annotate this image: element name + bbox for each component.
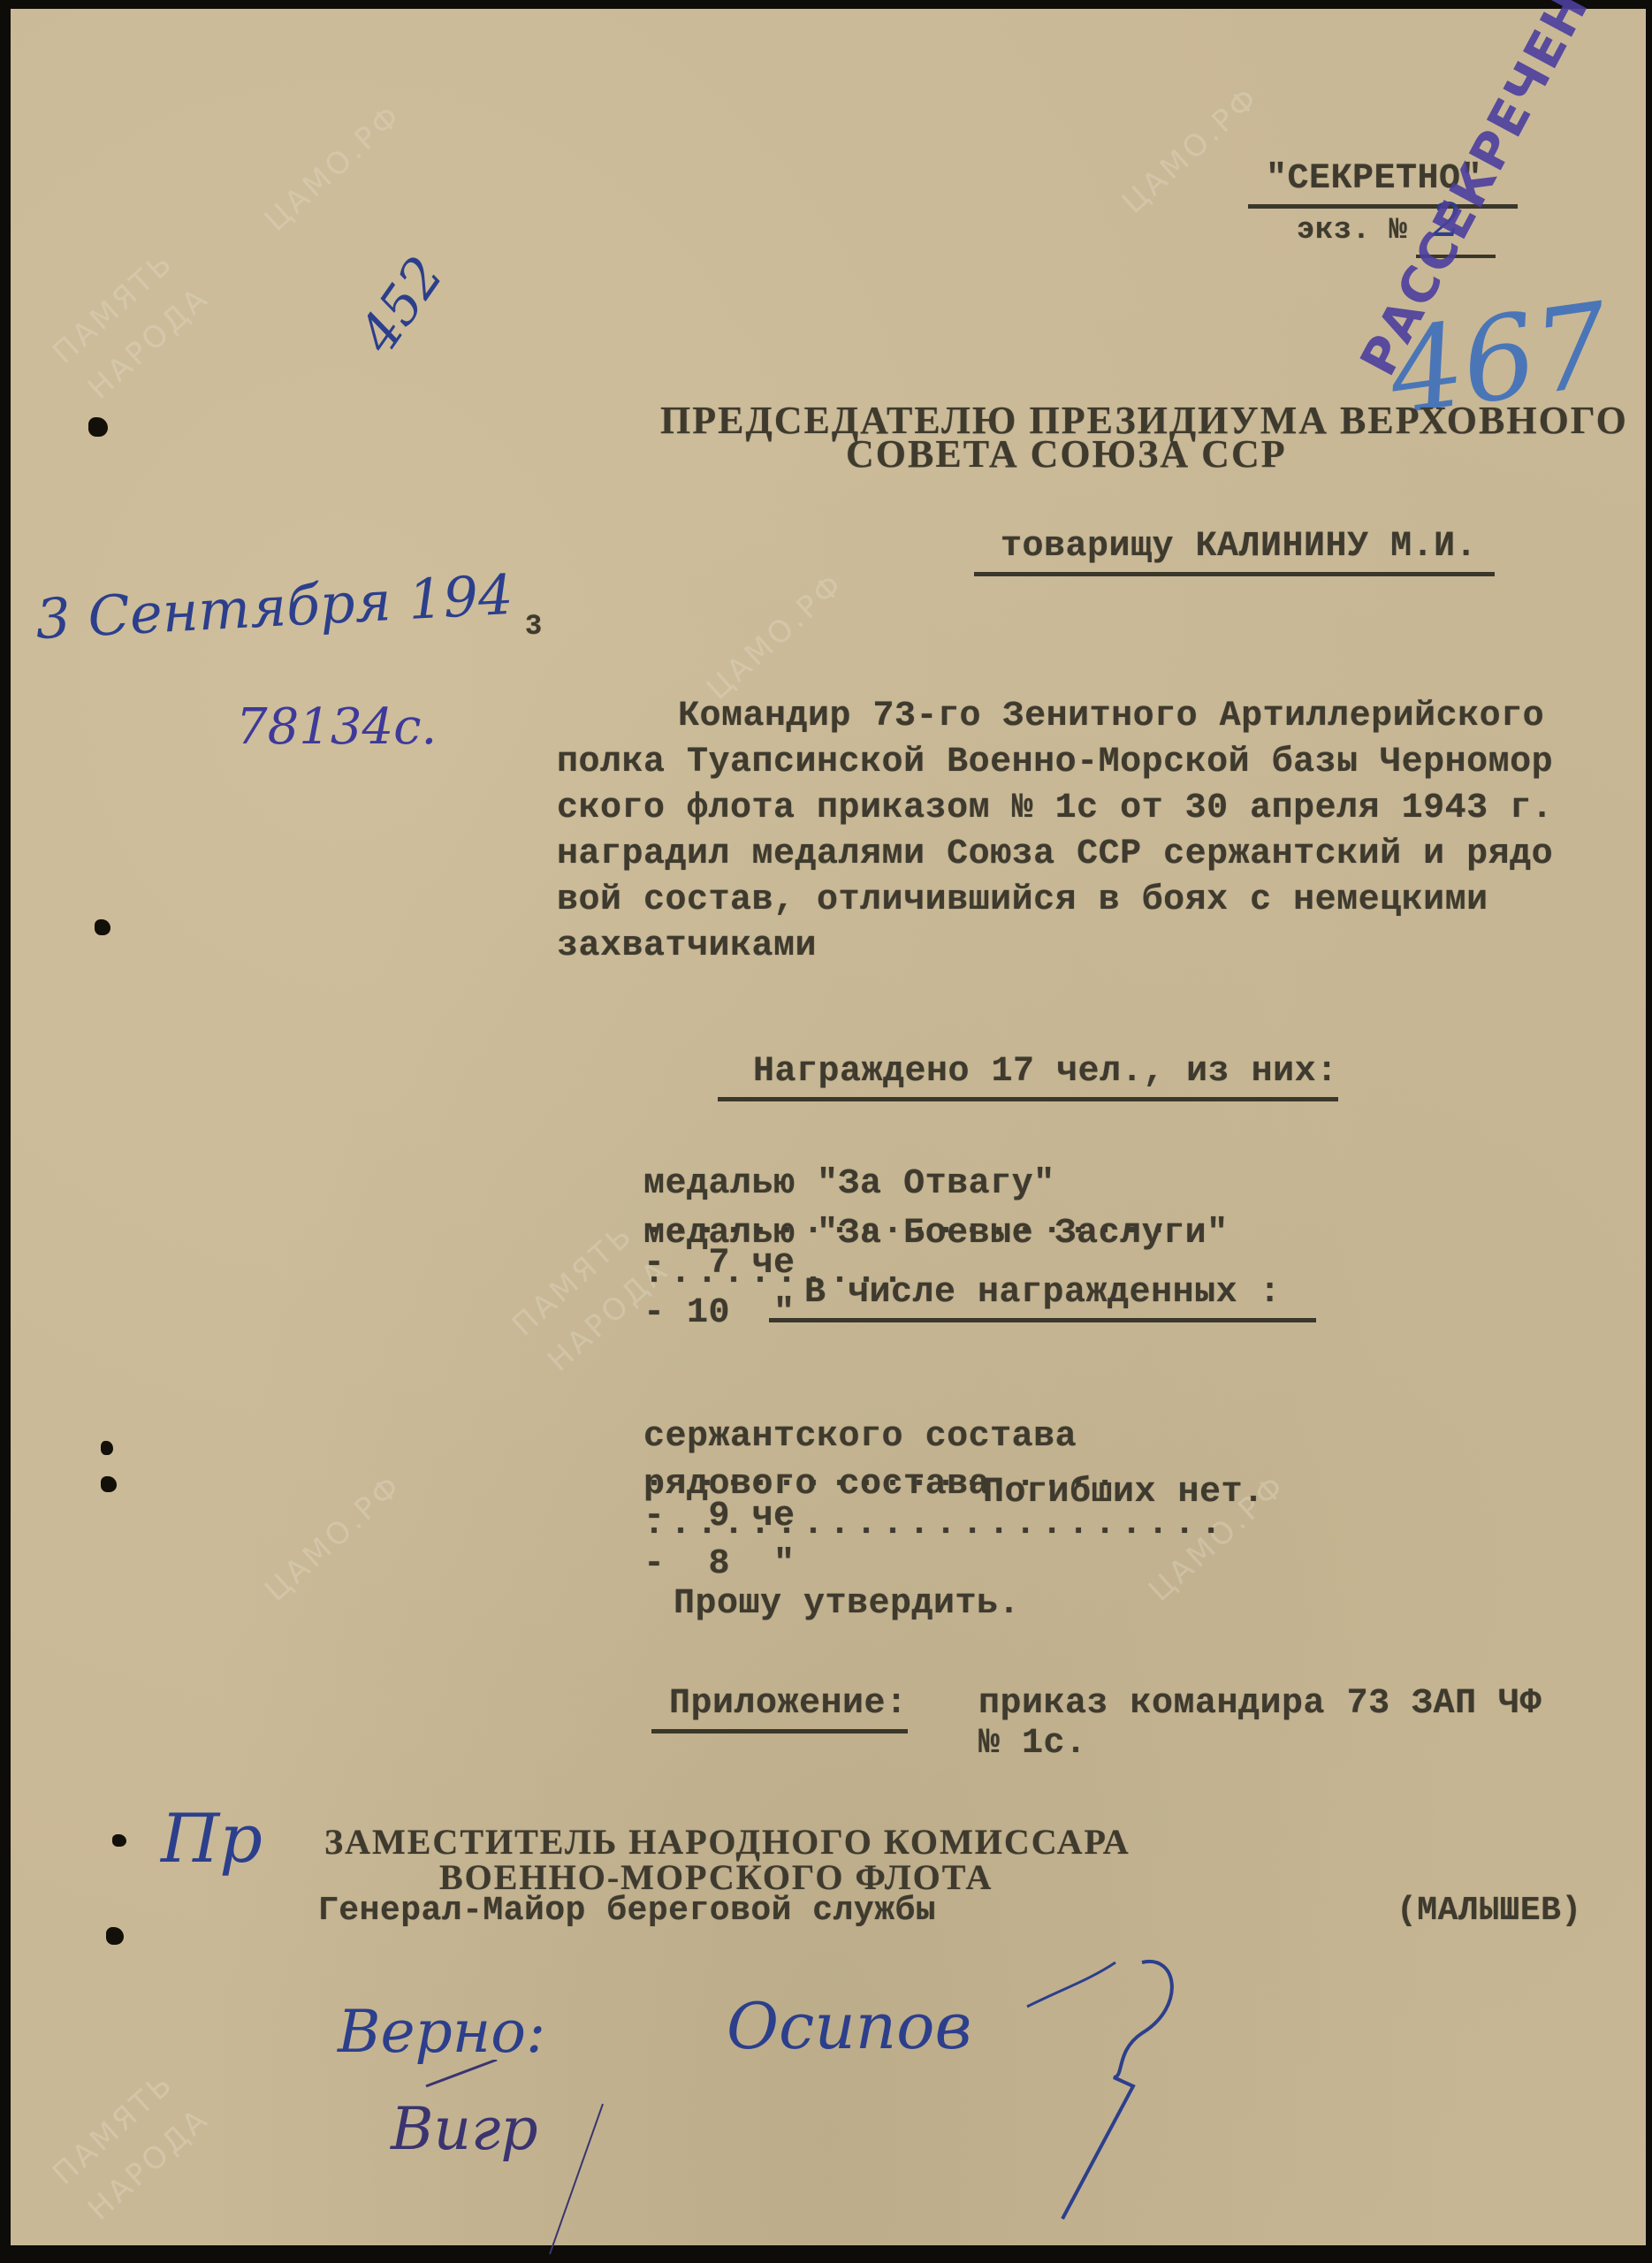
watermark-archive: ЦАМО.РФ: [258, 97, 409, 239]
among-heading: В числе награжденных :: [769, 1273, 1316, 1322]
binding-hole: [101, 1441, 113, 1455]
signature-flourish: [1009, 1954, 1222, 2236]
page-number-handwritten: 452: [347, 246, 456, 364]
margin-initials-handwritten: Пр: [161, 1799, 263, 1878]
addressee-name: товарищу КАЛИНИНУ М.И.: [974, 527, 1495, 576]
document-page: ЦАМО.РФ ЦАМО.РФ ЦАМО.РФ ЦАМО.РФ ЦАМО.РФ …: [11, 9, 1646, 2245]
award-label: медалью "За Боевые Заслуги": [643, 1214, 1229, 1253]
rank-label: рядового состава: [643, 1465, 990, 1505]
watermark-archive: ЦАМО.РФ: [258, 1467, 409, 1609]
signatory-rank: Генерал-Майор береговой службы: [318, 1892, 936, 1930]
body-line: захватчиками: [557, 926, 817, 966]
body-line: Командир 73-го Зенитного Артиллерийского: [678, 697, 1544, 736]
request-text: Прошу утвердить.: [674, 1584, 1020, 1624]
watermark-archive: ЦАМО.РФ: [1115, 80, 1267, 221]
killed-note: Погибших нет.: [983, 1473, 1265, 1512]
binding-hole: [88, 417, 108, 437]
binding-hole: [112, 1834, 126, 1847]
date-year-suffix: 3: [525, 610, 543, 643]
attachment-line: № 1с.: [978, 1724, 1087, 1764]
body-line: вой состав, отличившийся в боях с немецк…: [557, 880, 1488, 920]
reference-number-handwritten: 78134с.: [236, 698, 437, 756]
body-line: наградил медалями Союза ССР сержантский …: [557, 834, 1553, 874]
binding-hole: [95, 919, 110, 935]
body-line: полка Туапсинской Военно-Морской базы Че…: [557, 743, 1553, 782]
addressee-title-line2: СОВЕТА СОЮЗА ССР: [846, 431, 1287, 476]
awarded-heading: Награждено 17 чел., из них:: [718, 1052, 1338, 1101]
attachment-line: приказ командира 73 ЗАП ЧФ: [978, 1684, 1542, 1724]
signature-stroke: [400, 2060, 629, 2263]
binding-hole: [106, 1927, 124, 1945]
certified-handwritten: Верно:: [338, 1998, 545, 2066]
binding-hole: [101, 1476, 117, 1492]
attachment-label: Приложение:: [651, 1684, 908, 1733]
signature-handwritten: Осипов: [727, 1989, 971, 2063]
date-handwritten: 3 Сентября 194: [34, 562, 514, 651]
watermark-archive: ЦАМО.РФ: [700, 566, 851, 707]
rank-count: - 8 ": [643, 1544, 796, 1584]
signatory-name: (МАЛЫШЕВ): [1397, 1892, 1582, 1930]
body-line: ского флота приказом № 1с от 30 апреля 1…: [557, 789, 1553, 828]
copy-label: экз. №: [1297, 214, 1407, 248]
